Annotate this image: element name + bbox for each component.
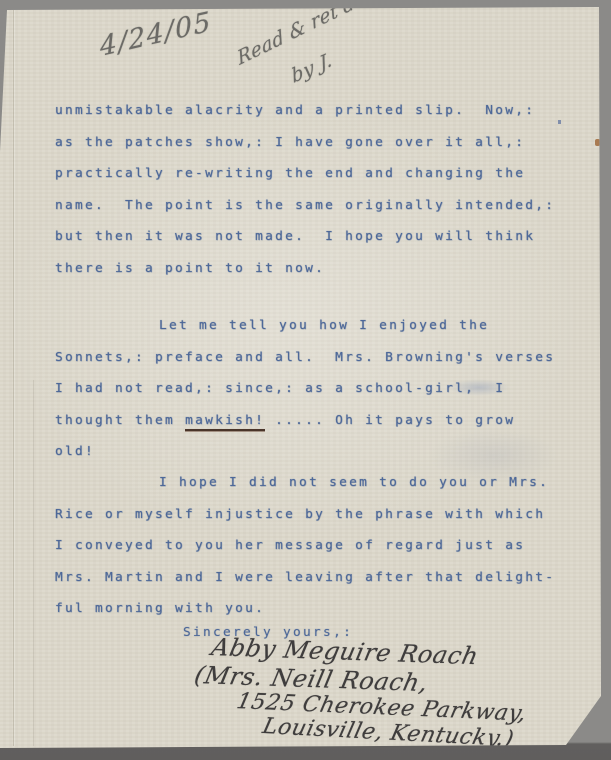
- typed-line: Let me tell you how I enjoyed the: [55, 310, 595, 342]
- typed-line: practically re-writing the end and chang…: [55, 158, 595, 190]
- typed-line: Rice or myself injustice by the phrase w…: [55, 499, 595, 531]
- typed-paragraph: I hope I did not seem to do you or Mrs.R…: [55, 467, 595, 625]
- typed-line: as the patches show,: I have gone over i…: [55, 127, 595, 159]
- typed-line: I conveyed to you her message of regard …: [55, 530, 595, 562]
- ink-speck: [558, 120, 561, 124]
- typed-line: thought them mawkish! ..... Oh it pays t…: [55, 405, 595, 437]
- typed-text-segment: thought them: [55, 413, 185, 428]
- typed-line: but then it was not made. I hope you wil…: [55, 221, 595, 253]
- typed-line: Mrs. Martin and I were leaving after tha…: [55, 562, 595, 594]
- underlined-word: mawkish!: [185, 413, 265, 431]
- typed-line: there is a point to it now.: [55, 253, 595, 285]
- typed-line: I hope I did not seem to do you or Mrs.: [55, 467, 595, 499]
- typed-paragraph: Let me tell you how I enjoyed theSonnets…: [55, 310, 595, 468]
- handwritten-date: 4/24/05: [99, 6, 213, 63]
- handwritten-note-line2: by J.: [290, 48, 335, 88]
- typed-text-segment: ..... Oh it pays to grow: [265, 413, 515, 428]
- typed-line: name. The point is the same originally i…: [55, 190, 595, 222]
- typed-line: Sonnets,: preface and all. Mrs. Browning…: [55, 342, 595, 374]
- typed-paragraph: unmistakable alacrity and a printed slip…: [55, 95, 595, 284]
- typed-line: I had not read,: since,: as a school-gir…: [55, 373, 595, 405]
- ink-spot: [595, 139, 600, 146]
- handwritten-note-line1: Read & ret'd: [235, 0, 357, 70]
- typed-line: unmistakable alacrity and a printed slip…: [55, 95, 595, 127]
- letter-paper: 4/24/05 Read & ret'd by J. unmistakable …: [0, 0, 611, 760]
- paper-fold-line: [33, 380, 34, 746]
- paper-fold-line: [13, 10, 14, 746]
- typed-line: old!: [55, 436, 595, 468]
- scan-background: 4/24/05 Read & ret'd by J. unmistakable …: [0, 0, 611, 760]
